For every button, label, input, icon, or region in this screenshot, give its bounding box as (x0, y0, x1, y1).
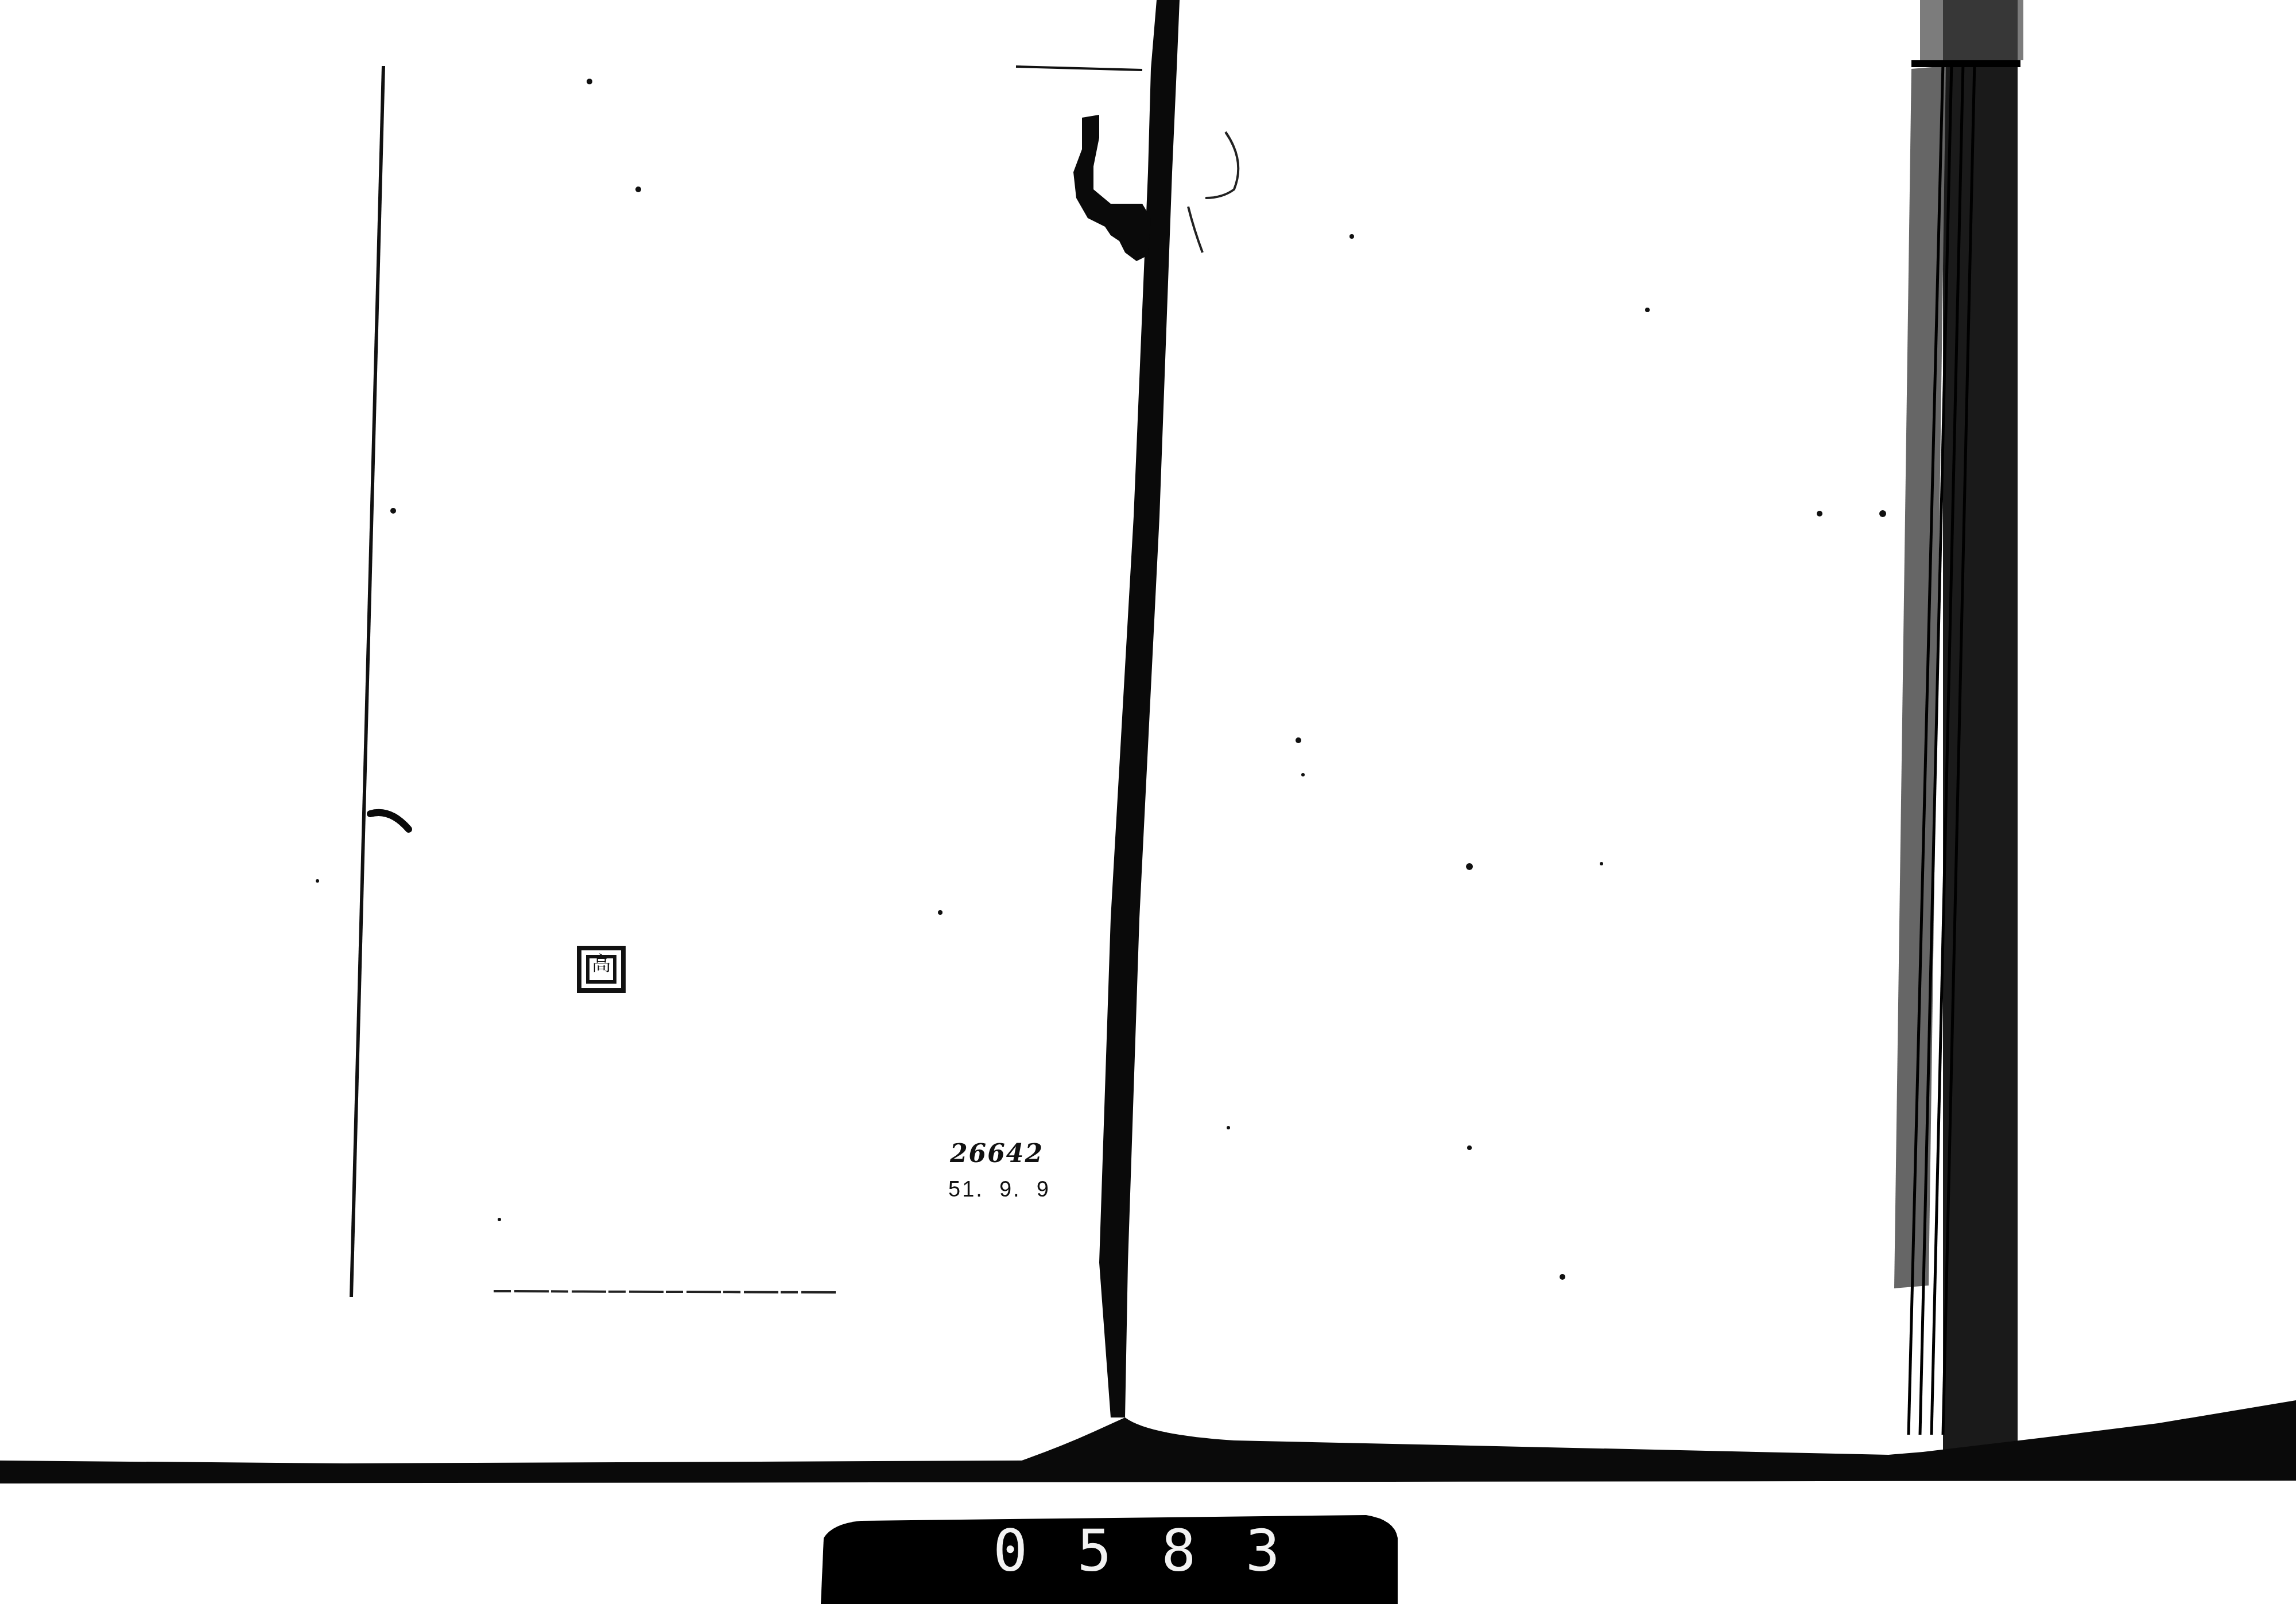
left-page-bottom-edge (494, 1291, 838, 1292)
ink-mark-top (1073, 115, 1151, 261)
scan-background (0, 0, 2296, 1604)
counter-digit: 5 (1060, 1517, 1129, 1584)
counter-digit: 0 (976, 1517, 1045, 1584)
gutter-top-line (1016, 67, 1142, 70)
seal-stamp: 高 (577, 946, 626, 993)
page-stack-right (1894, 0, 2023, 1458)
frame-counter: 0 5 8 3 (976, 1524, 1297, 1578)
left-page-edge (351, 66, 383, 1297)
date-stamp: 51. 9. 9 (948, 1178, 1050, 1202)
counter-digit: 8 (1144, 1517, 1213, 1584)
ink-mark-left (370, 813, 409, 829)
seal-glyph: 高 (581, 951, 621, 977)
accession-number: 26642 (950, 1139, 1044, 1168)
counter-digit: 3 (1228, 1517, 1297, 1584)
